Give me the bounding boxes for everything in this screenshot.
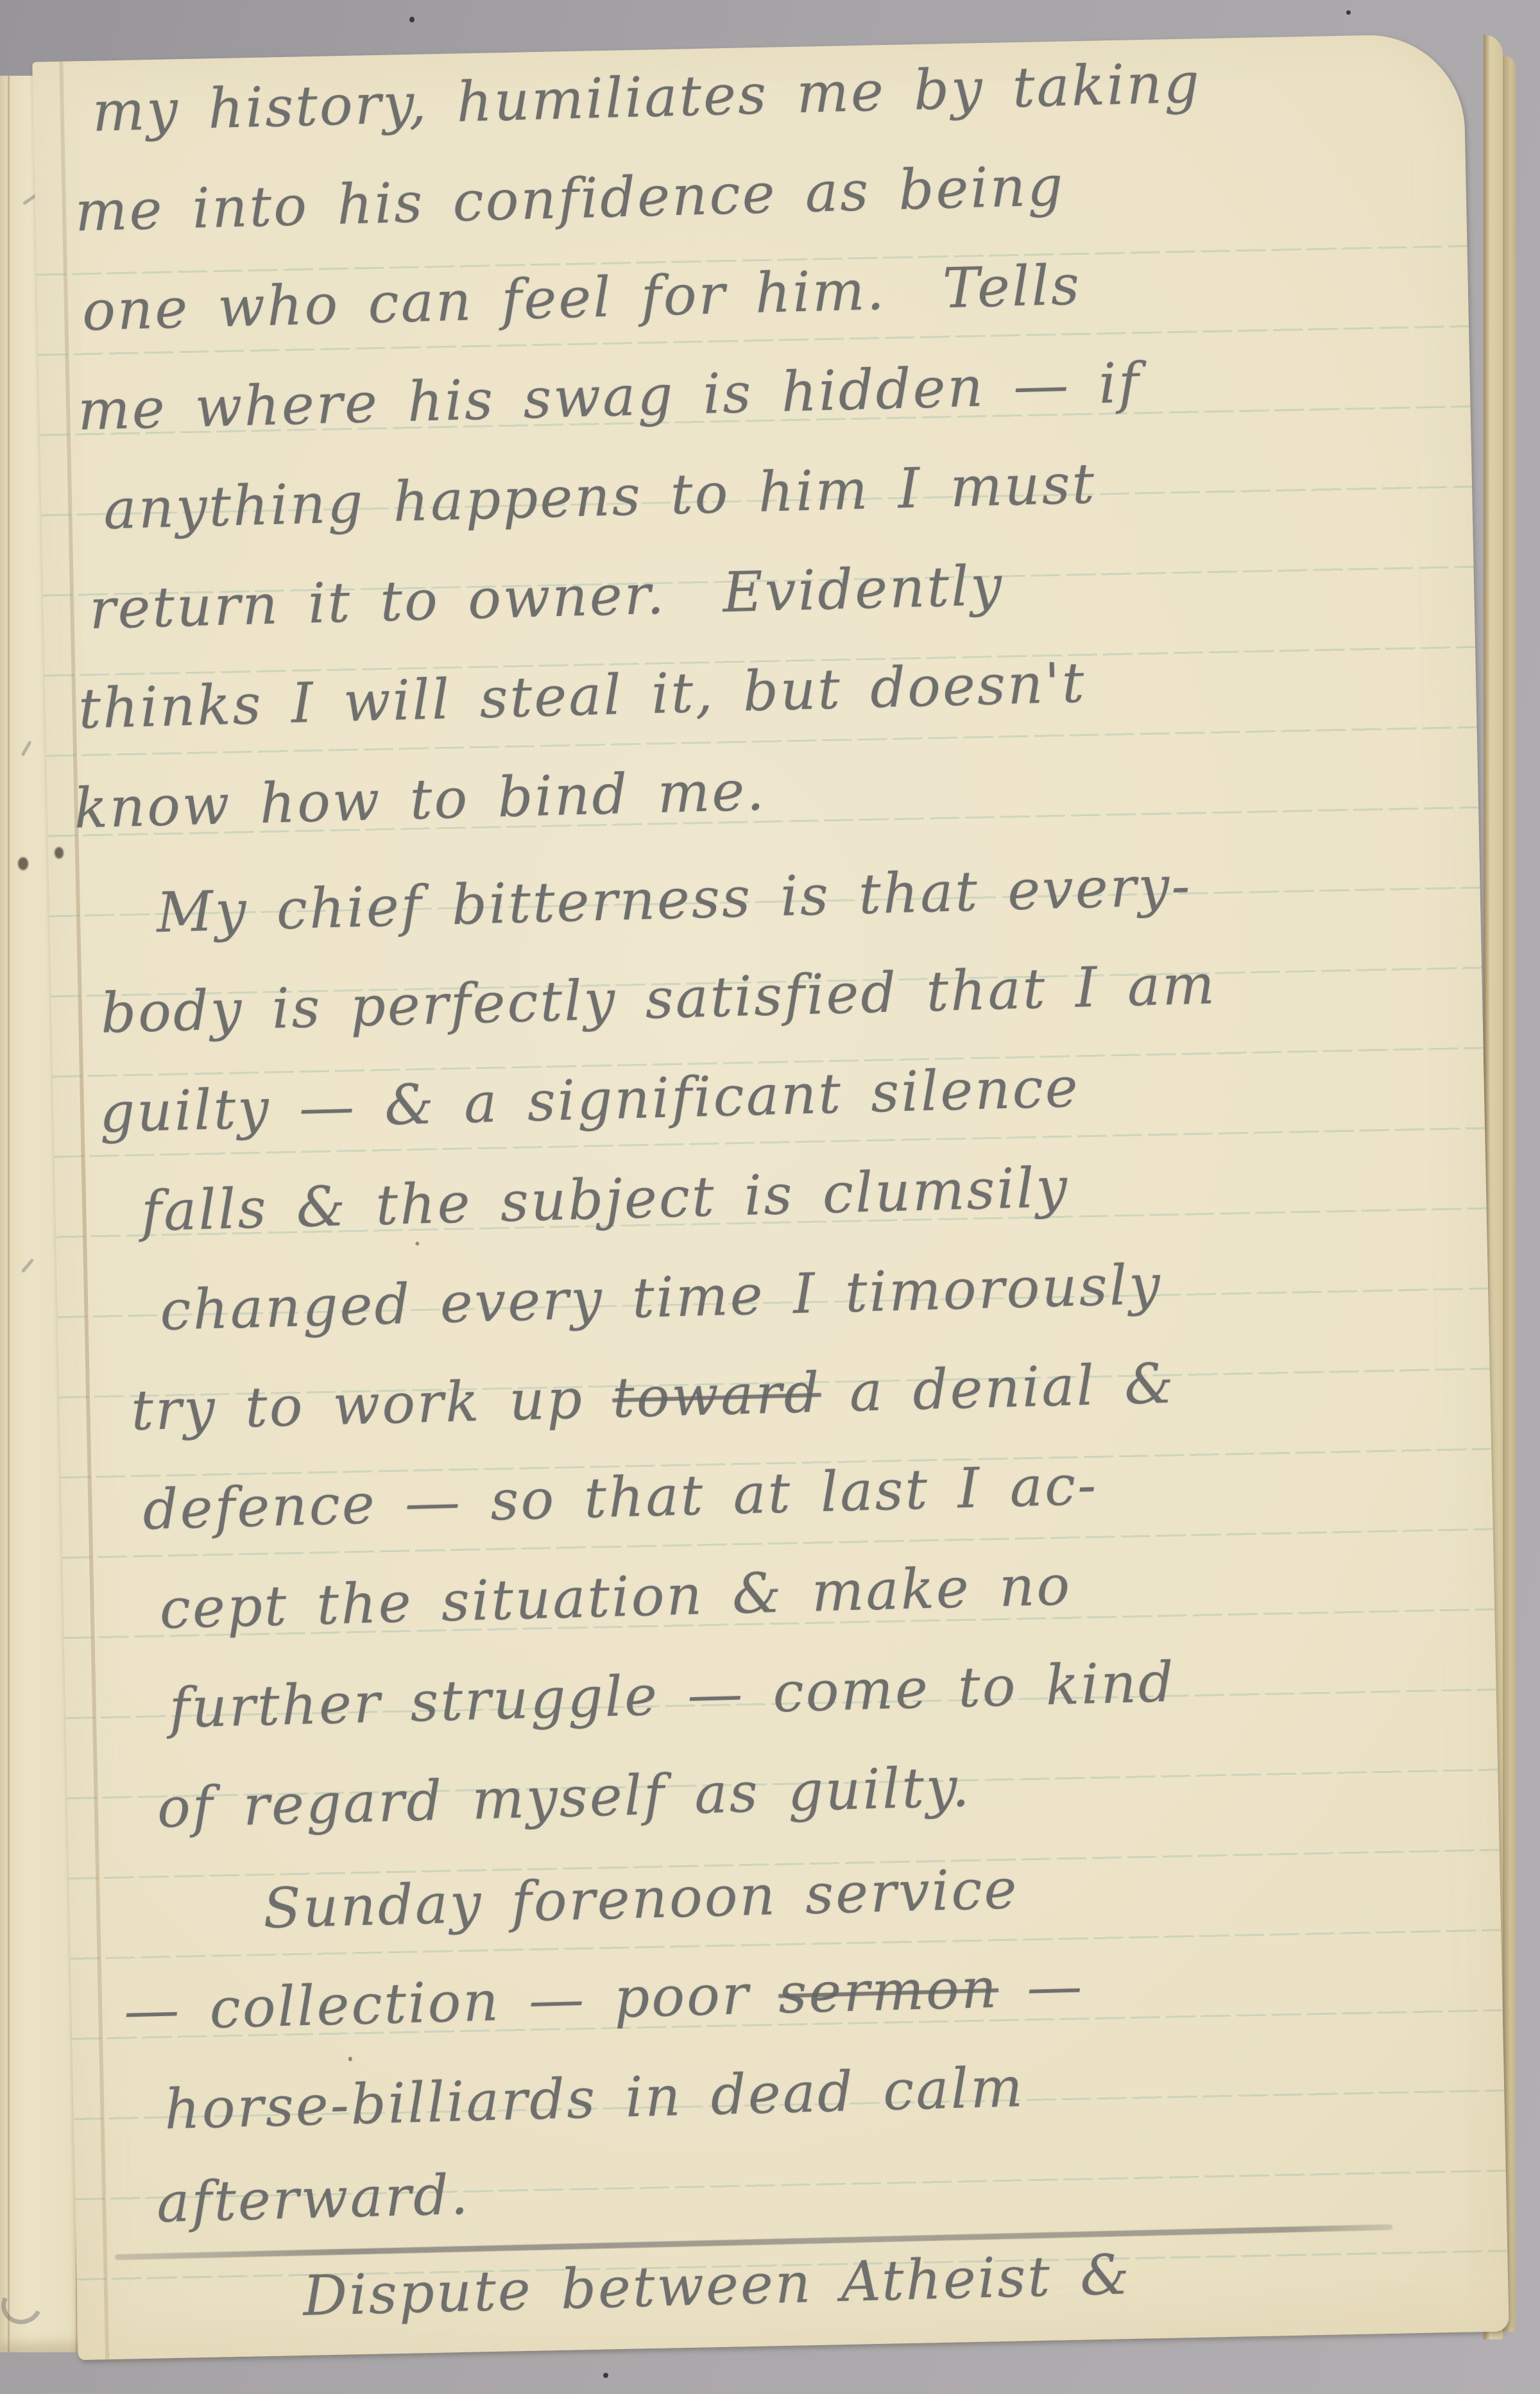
line-segment: try to work up	[130, 1366, 613, 1443]
page-stack-edge	[1503, 55, 1516, 2332]
line-segment: a denial &	[820, 1351, 1176, 1424]
struck-word: sermon	[778, 1956, 999, 2026]
handwritten-line: afterward.	[156, 2163, 471, 2236]
handwritten-line: my history, humiliates me by taking	[92, 51, 1202, 144]
speck	[409, 17, 415, 22]
pencil-smudge	[21, 740, 31, 757]
ink-blot	[18, 857, 28, 870]
speck	[1346, 10, 1351, 15]
speck	[348, 2056, 352, 2061]
struck-word: toward	[612, 1361, 822, 1430]
page-crease	[8, 76, 10, 2352]
speck	[415, 1242, 419, 1245]
pencil-smudge	[21, 1258, 35, 1273]
line-segment: —	[998, 1954, 1085, 2020]
photo-backdrop: my history, humiliates me by taking me i…	[0, 0, 1540, 2394]
notebook-page: my history, humiliates me by taking me i…	[32, 33, 1509, 2360]
speck	[603, 2373, 608, 2378]
